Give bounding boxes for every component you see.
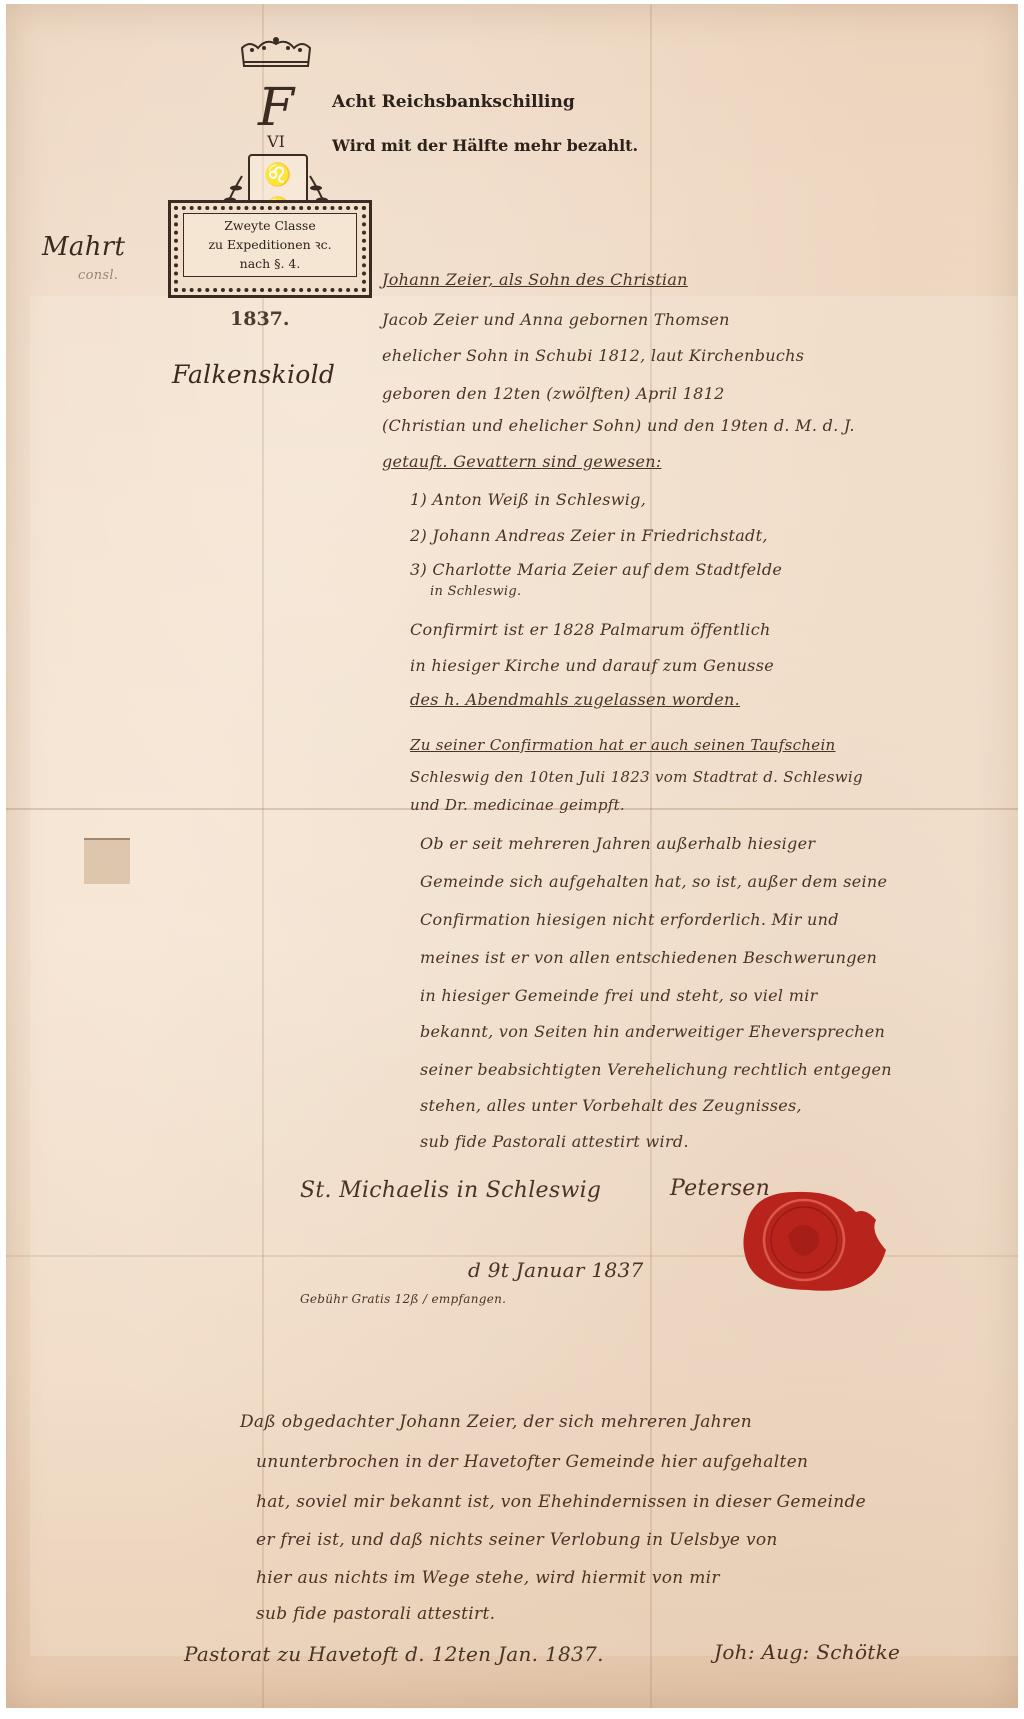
body-line: in hiesiger Gemeinde frei und steht, so … bbox=[420, 986, 818, 1005]
stamp-value-line: Acht Reichsbankschilling bbox=[332, 92, 575, 112]
body-line: in hiesiger Kirche und darauf zum Genuss… bbox=[410, 656, 774, 675]
stamp-class-text: Zweyte Classe zu Expeditionen ꝛc. nach §… bbox=[183, 213, 357, 277]
margin-consl: consl. bbox=[78, 268, 118, 283]
royal-emblem: F VI ♌ ♌ bbox=[218, 22, 334, 222]
body-line: getauft. Gevattern sind gewesen: bbox=[382, 452, 662, 471]
stamp-class-line3: nach §. 4. bbox=[184, 254, 356, 273]
fee-note: Gebühr Gratis 12ß / empfangen. bbox=[300, 1292, 506, 1306]
closing-place-date: Pastorat zu Havetoft d. 12ten Jan. 1837. bbox=[184, 1642, 604, 1666]
regnal-number: VI bbox=[256, 132, 296, 151]
body-line: Ob er seit mehreren Jahren außerhalb hie… bbox=[420, 834, 815, 853]
body-line: Johann Zeier, als Sohn des Christian bbox=[382, 270, 688, 289]
body-line: Gemeinde sich aufgehalten hat, so ist, a… bbox=[420, 872, 887, 891]
body-line: (Christian und ehelicher Sohn) und den 1… bbox=[382, 416, 855, 435]
red-wax-seal-icon bbox=[738, 1186, 888, 1296]
attestation-line: er frei ist, und daß nichts seiner Verlo… bbox=[256, 1530, 778, 1550]
tape-repair bbox=[84, 838, 130, 884]
royal-crown-icon bbox=[238, 36, 314, 70]
attestation-line: sub fide pastorali attestirt. bbox=[256, 1604, 495, 1624]
margin-name-falkenskiold: Falkenskiold bbox=[172, 360, 335, 389]
body-line: 3) Charlotte Maria Zeier auf dem Stadtfe… bbox=[410, 560, 782, 579]
attestation-line: ununterbrochen in der Havetofter Gemeind… bbox=[256, 1452, 808, 1472]
stamp-note-line: Wird mit der Hälfte mehr bezahlt. bbox=[332, 136, 638, 155]
body-line: des h. Abendmahls zugelassen worden. bbox=[410, 690, 740, 709]
body-line: meines ist er von allen entschiedenen Be… bbox=[420, 948, 877, 967]
place-of-issue: St. Michaelis in Schleswig bbox=[300, 1178, 601, 1203]
attestation-line: hier aus nichts im Wege stehe, wird hier… bbox=[256, 1568, 720, 1588]
body-line: Schleswig den 10ten Juli 1823 vom Stadtr… bbox=[410, 768, 863, 786]
body-line: geboren den 12ten (zwölften) April 1812 bbox=[382, 384, 725, 403]
lion-icon: ♌ bbox=[258, 162, 298, 188]
body-line: 2) Johann Andreas Zeier in Friedrichstad… bbox=[410, 526, 768, 545]
year-stamp: 1837. bbox=[230, 308, 290, 330]
body-line: Zu seiner Confirmation hat er auch seine… bbox=[410, 736, 836, 754]
issue-date: d 9t Januar 1837 bbox=[468, 1258, 644, 1282]
body-line: Confirmirt ist er 1828 Palmarum öffentli… bbox=[410, 620, 771, 639]
royal-monogram: F bbox=[246, 78, 306, 138]
body-line: 1) Anton Weiß in Schleswig, bbox=[410, 490, 646, 509]
body-line: und Dr. medicinae geimpft. bbox=[410, 796, 625, 814]
body-line: ehelicher Sohn in Schubi 1812, laut Kirc… bbox=[382, 346, 804, 365]
body-line: bekannt, von Seiten hin anderweitiger Eh… bbox=[420, 1022, 885, 1041]
body-line: sub fide Pastorali attestirt wird. bbox=[420, 1132, 689, 1151]
attestation-line: hat, soviel mir bekannt ist, von Ehehind… bbox=[256, 1492, 866, 1512]
stamp-class-line1: Zweyte Classe bbox=[184, 216, 356, 235]
body-line: Confirmation hiesigen nicht erforderlich… bbox=[420, 910, 839, 929]
signature-schoetke: Joh: Aug: Schötke bbox=[714, 1640, 900, 1664]
body-line: Jacob Zeier und Anna gebornen Thomsen bbox=[382, 310, 730, 329]
attestation-line: Daß obgedachter Johann Zeier, der sich m… bbox=[240, 1412, 752, 1432]
body-line: stehen, alles unter Vorbehalt des Zeugni… bbox=[420, 1096, 802, 1115]
body-line: seiner beabsichtigten Verehelichung rech… bbox=[420, 1060, 892, 1079]
margin-name-mahrt: Mahrt bbox=[42, 232, 125, 262]
stamp-class-line2: zu Expeditionen ꝛc. bbox=[184, 235, 356, 254]
body-line: in Schleswig. bbox=[430, 584, 521, 599]
stamp-class-box: Zweyte Classe zu Expeditionen ꝛc. nach §… bbox=[168, 200, 372, 298]
